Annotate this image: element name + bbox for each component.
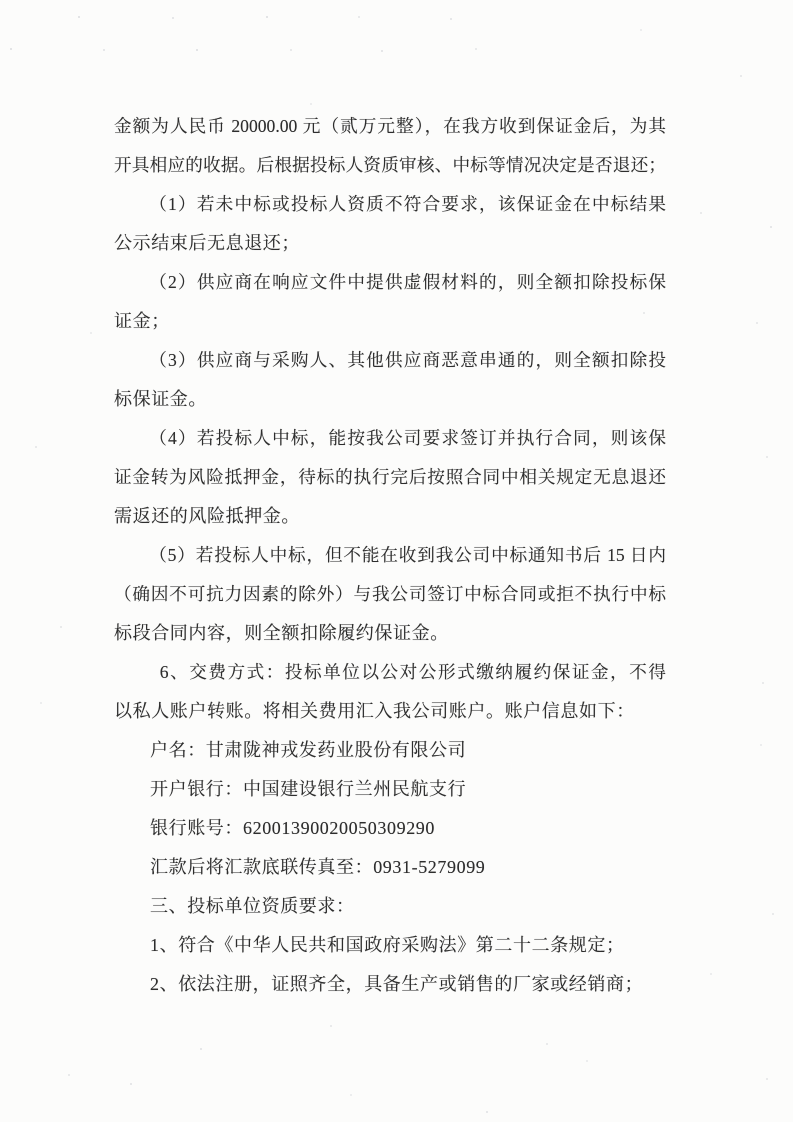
text-line-06: 证金；	[114, 302, 666, 341]
text-line-09: （4）若投标人中标，能按我公司要求签订并执行合同，则该保	[114, 419, 666, 458]
text-line-10: 证金转为风险抵押金，待标的执行完后按照合同中相关规定无息退还	[114, 458, 666, 497]
text-line-01: 金额为人民币 20000.00 元（贰万元整），在我方收到保证金后，为其	[114, 107, 666, 146]
text-line-13: （确因不可抗力因素的除外）与我公司签订中标合同或拒不执行中标	[114, 575, 666, 614]
document-text-block: 金额为人民币 20000.00 元（贰万元整），在我方收到保证金后，为其 开具相…	[114, 107, 666, 1004]
text-line-04: 公示结束后无息退还；	[114, 224, 666, 263]
text-line-23: 2、依法注册，证照齐全，具备生产或销售的厂家或经销商；	[114, 965, 666, 1004]
text-line-03: （1）若未中标或投标人资质不符合要求，该保证金在中标结果	[114, 185, 666, 224]
text-line-07: （3）供应商与采购人、其他供应商恶意串通的，则全额扣除投	[114, 341, 666, 380]
text-line-17-account-name: 户名：甘肃陇神戎发药业股份有限公司	[114, 731, 666, 770]
text-line-16: 以私人账户转账。将相关费用汇入我公司账户。账户信息如下：	[114, 692, 666, 731]
text-line-05: （2）供应商在响应文件中提供虚假材料的，则全额扣除投标保	[114, 263, 666, 302]
text-line-20-fax-number: 汇款后将汇款底联传真至：0931-5279099	[114, 848, 666, 887]
text-line-22: 1、符合《中华人民共和国政府采购法》第二十二条规定；	[114, 926, 666, 965]
text-line-14: 标段合同内容，则全额扣除履约保证金。	[114, 614, 666, 653]
text-line-12: （5）若投标人中标，但不能在收到我公司中标通知书后 15 日内	[114, 536, 666, 575]
text-line-21-section-heading: 三、投标单位资质要求：	[114, 887, 666, 926]
text-line-18-bank-name: 开户银行：中国建设银行兰州民航支行	[114, 770, 666, 809]
text-line-11: 需返还的风险抵押金。	[114, 497, 666, 536]
text-line-15: 6、交费方式：投标单位以公对公形式缴纳履约保证金，不得	[114, 653, 666, 692]
text-line-08: 标保证金。	[114, 380, 666, 419]
text-line-02: 开具相应的收据。后根据投标人资质审核、中标等情况决定是否退还；	[114, 146, 666, 185]
text-line-19-account-number: 银行账号：62001390020050309290	[114, 809, 666, 848]
document-page: 金额为人民币 20000.00 元（贰万元整），在我方收到保证金后，为其 开具相…	[0, 0, 793, 1122]
scan-noise-speckles	[0, 0, 2, 2]
